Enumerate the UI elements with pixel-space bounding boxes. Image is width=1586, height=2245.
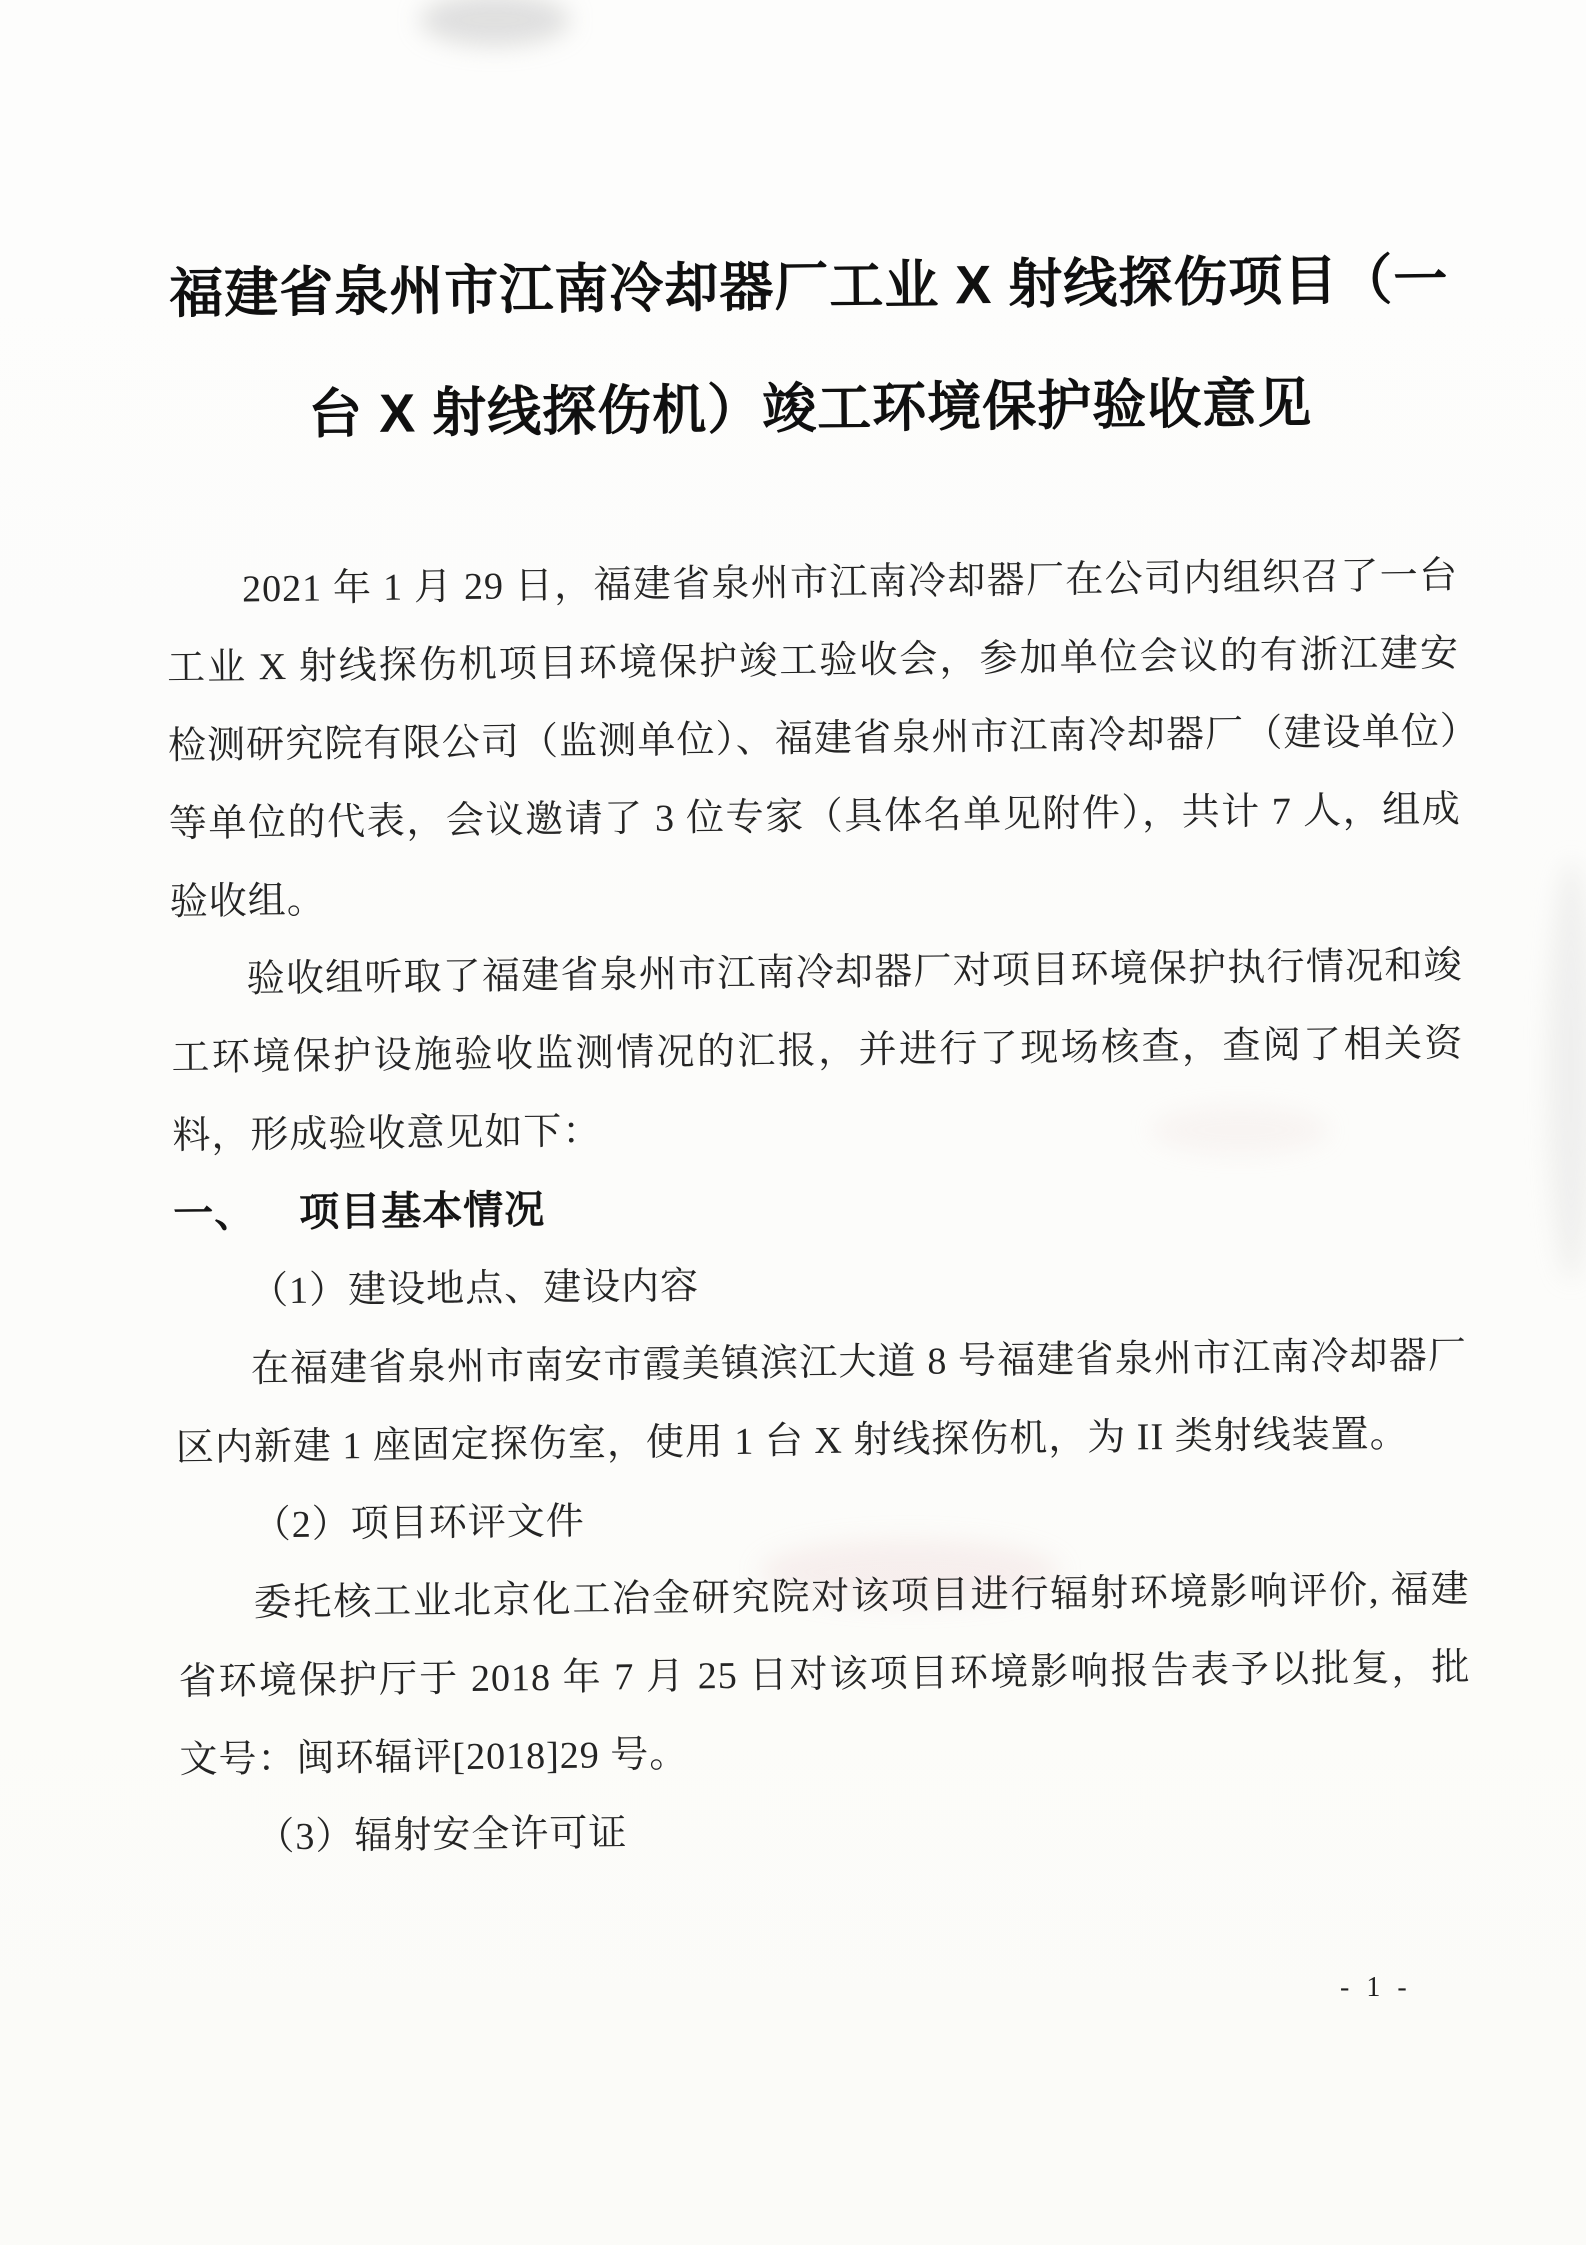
sub2-paragraph: 委托核工业北京化工冶金研究院对该项目进行辐射环境影响评价, 福建省环境保护厅于 … [177,1551,1472,1800]
title-line-2: 台 X 射线探伤机）竣工环境保护验收意见 [164,341,1457,478]
section1-heading: 一、项目基本情况 [173,1161,1466,1254]
summary-paragraph: 验收组听取了福建省泉州市江南冷却器厂对项目环境保护执行情况和竣工环境保护设施验收… [170,927,1465,1176]
document-body: 2021 年 1 月 29 日，福建省泉州市江南冷却器厂在公司内组织召了一台工业… [166,537,1473,1878]
sub1-heading: （1）建设地点、建设内容 [174,1239,1467,1332]
sub2-heading: （2）项目环评文件 [176,1473,1469,1566]
section1-title: 项目基本情况 [299,1188,545,1235]
intro-paragraph: 2021 年 1 月 29 日，福建省泉州市江南冷却器厂在公司内组织召了一台工业… [166,537,1462,942]
sub1-paragraph: 在福建省泉州市南安市霞美镇滨江大道 8 号福建省泉州市江南冷却器厂区内新建 1 … [175,1317,1469,1488]
page-number: - 1 - [1340,1972,1412,2004]
sub3-heading: （3）辐射安全许可证 [180,1785,1473,1878]
section1-number: 一、 [173,1191,255,1236]
title-line-1: 福建省泉州市江南冷却器厂工业 X 射线探伤项目（一 [162,219,1455,356]
document-content: 福建省泉州市江南冷却器厂工业 X 射线探伤项目（一 台 X 射线探伤机）竣工环境… [160,0,1473,1877]
document-title: 福建省泉州市江南冷却器厂工业 X 射线探伤项目（一 台 X 射线探伤机）竣工环境… [162,219,1457,478]
scan-smudge [1548,860,1586,1280]
document-page: 福建省泉州市江南冷却器厂工业 X 射线探伤项目（一 台 X 射线探伤机）竣工环境… [0,0,1586,2245]
